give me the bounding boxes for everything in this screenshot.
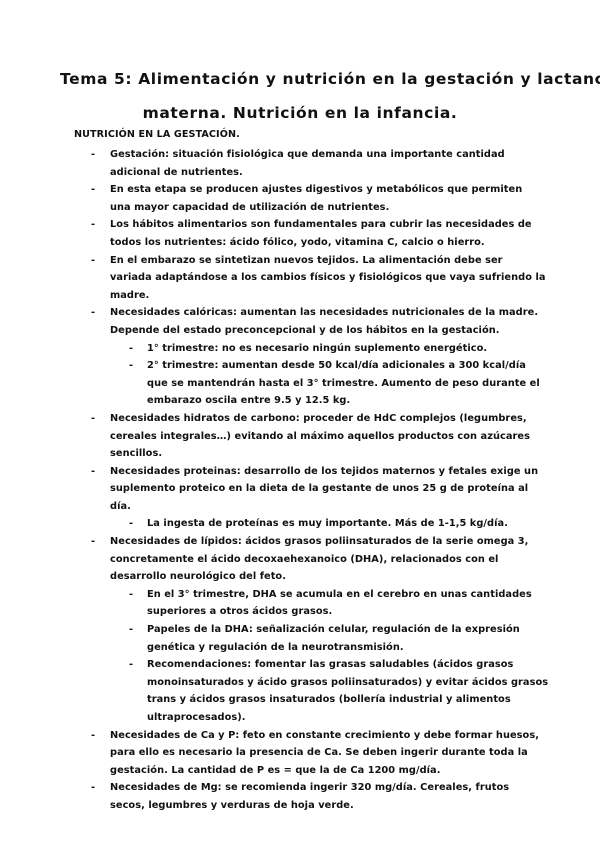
list-item-text-line: genética y regulación de la neurotransmi… [147, 639, 531, 657]
list-item-text-line: Necesidades de Ca y P: feto en constante… [110, 727, 530, 745]
dash-bullet-icon: - [91, 533, 95, 551]
list-item-text-line: embarazo oscila entre 9.5 y 12.5 kg. [147, 392, 531, 410]
list-item: -Necesidades de Ca y P: feto en constant… [0, 727, 530, 780]
list-item-text-line: trans y ácidos grasos insaturados (bolle… [147, 691, 531, 709]
list-item-text-line: suplemento proteico en la dieta de la ge… [110, 480, 530, 498]
section-heading: NUTRICIÓN EN LA GESTACIÓN. [74, 129, 240, 140]
bullet-list: -Gestación: situación fisiológica que de… [0, 146, 600, 815]
dash-bullet-icon: - [91, 410, 95, 428]
sub-list-item: -Recomendaciones: fomentar las grasas sa… [0, 656, 531, 726]
list-item: -Necesidades de lípidos: ácidos grasos p… [0, 533, 530, 586]
sub-list-item: -En el 3° trimestre, DHA se acumula en e… [0, 586, 531, 621]
list-item-text-line: Necesidades calóricas: aumentan las nece… [110, 304, 530, 322]
list-item-text-line: 2° trimestre: aumentan desde 50 kcal/día… [147, 357, 531, 375]
list-item-text-line: para ello es necesario la presencia de C… [110, 744, 530, 762]
list-item-text-line: Depende del estado preconcepcional y de … [110, 322, 530, 340]
dash-bullet-icon: - [91, 304, 95, 322]
list-item-text-line: En el 3° trimestre, DHA se acumula en el… [147, 586, 531, 604]
list-item-text-line: Recomendaciones: fomentar las grasas sal… [147, 656, 531, 674]
dash-bullet-icon: - [91, 216, 95, 234]
list-item: -En el embarazo se sintetizan nuevos tej… [0, 252, 530, 305]
dash-bullet-icon: - [91, 252, 95, 270]
list-item-text-line: cereales integrales…) evitando al máximo… [110, 428, 530, 446]
list-item: -En esta etapa se producen ajustes diges… [0, 181, 530, 216]
list-item-text-line: monoinsaturados y ácido grasos poliinsat… [147, 674, 531, 692]
list-item-text-line: Papeles de la DHA: señalización celular,… [147, 621, 531, 639]
document-title-line-2: materna. Nutrición en la infancia. [60, 104, 540, 122]
list-item-text-line: superiores a otros ácidos grasos. [147, 603, 531, 621]
list-item-text-line: Los hábitos alimentarios son fundamental… [110, 216, 530, 234]
dash-bullet-icon: - [129, 515, 133, 533]
list-item-text-line: Gestación: situación fisiológica que dem… [110, 146, 530, 164]
list-item-text-line: En el embarazo se sintetizan nuevos teji… [110, 252, 530, 270]
list-item-text-line: día. [110, 498, 530, 516]
dash-bullet-icon: - [129, 586, 133, 604]
list-item: -Necesidades de Mg: se recomienda ingeri… [0, 779, 530, 814]
list-item: -Gestación: situación fisiológica que de… [0, 146, 530, 181]
list-item: -Necesidades hidratos de carbono: proced… [0, 410, 530, 463]
dash-bullet-icon: - [129, 340, 133, 358]
list-item-text-line: concretamente el ácido decoxaehexanoico … [110, 551, 530, 569]
dash-bullet-icon: - [129, 621, 133, 639]
dash-bullet-icon: - [91, 181, 95, 199]
list-item-text-line: todos los nutrientes: ácido fólico, yodo… [110, 234, 530, 252]
list-item-text-line: desarrollo neurológico del feto. [110, 568, 530, 586]
list-item-text-line: madre. [110, 287, 530, 305]
dash-bullet-icon: - [91, 463, 95, 481]
list-item-text-line: variada adaptándose a los cambios físico… [110, 269, 530, 287]
dash-bullet-icon: - [129, 357, 133, 375]
dash-bullet-icon: - [91, 779, 95, 797]
list-item-text-line: sencillos. [110, 445, 530, 463]
document-page: Tema 5: Alimentación y nutrición en la g… [0, 0, 600, 848]
list-item-text-line: En esta etapa se producen ajustes digest… [110, 181, 530, 199]
list-item-text-line: que se mantendrán hasta el 3° trimestre.… [147, 375, 531, 393]
list-item: -Necesidades proteinas: desarrollo de lo… [0, 463, 530, 516]
list-item-text-line: secos, legumbres y verduras de hoja verd… [110, 797, 530, 815]
document-title-line-1: Tema 5: Alimentación y nutrición en la g… [60, 70, 540, 88]
list-item-text-line: Necesidades hidratos de carbono: procede… [110, 410, 530, 428]
sub-list-item: -Papeles de la DHA: señalización celular… [0, 621, 531, 656]
list-item-text-line: adicional de nutrientes. [110, 164, 530, 182]
sub-list-item: -1° trimestre: no es necesario ningún su… [0, 340, 531, 358]
sub-list-item: -La ingesta de proteínas es muy importan… [0, 515, 531, 533]
list-item-text-line: una mayor capacidad de utilización de nu… [110, 199, 530, 217]
list-item-text-line: Necesidades de Mg: se recomienda ingerir… [110, 779, 530, 797]
list-item: -Necesidades calóricas: aumentan las nec… [0, 304, 530, 339]
list-item-text-line: La ingesta de proteínas es muy important… [147, 515, 531, 533]
dash-bullet-icon: - [91, 146, 95, 164]
list-item: -Los hábitos alimentarios son fundamenta… [0, 216, 530, 251]
list-item-text-line: Necesidades de lípidos: ácidos grasos po… [110, 533, 530, 551]
list-item-text-line: gestación. La cantidad de P es = que la … [110, 762, 530, 780]
dash-bullet-icon: - [129, 656, 133, 674]
list-item-text-line: Necesidades proteinas: desarrollo de los… [110, 463, 530, 481]
list-item-text-line: ultraprocesados). [147, 709, 531, 727]
sub-list-item: -2° trimestre: aumentan desde 50 kcal/dí… [0, 357, 531, 410]
dash-bullet-icon: - [91, 727, 95, 745]
list-item-text-line: 1° trimestre: no es necesario ningún sup… [147, 340, 531, 358]
